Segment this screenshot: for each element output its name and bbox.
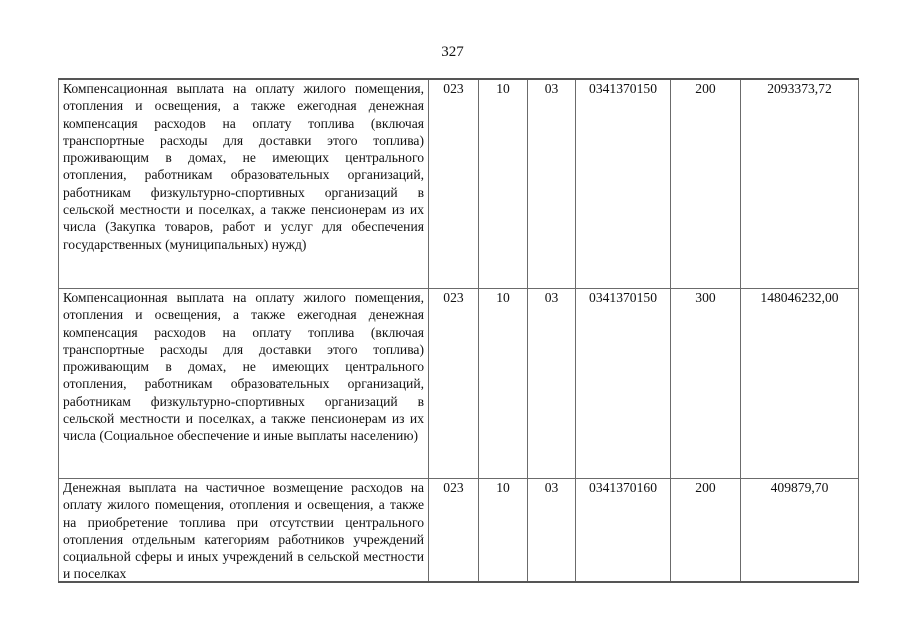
target-article-code: 0341370160 (576, 479, 671, 583)
section-code: 10 (479, 79, 528, 289)
table-row: Компенсационная выплата на оплату жилого… (59, 79, 859, 289)
section-code: 10 (479, 479, 528, 583)
target-article-code: 0341370150 (576, 79, 671, 289)
section-code: 10 (479, 289, 528, 479)
amount: 2093373,72 (741, 79, 859, 289)
expense-type-code: 200 (671, 79, 741, 289)
subsection-code: 03 (528, 79, 576, 289)
ministry-code: 023 (429, 79, 479, 289)
row-description-cell: Денежная выплата на частичное возмещение… (59, 479, 429, 583)
ministry-code: 023 (429, 289, 479, 479)
amount: 148046232,00 (741, 289, 859, 479)
table-row: Компенсационная выплата на оплату жилого… (59, 289, 859, 479)
page-number: 327 (0, 43, 905, 61)
subsection-code: 03 (528, 479, 576, 583)
target-article-code: 0341370150 (576, 289, 671, 479)
amount: 409879,70 (741, 479, 859, 583)
expense-type-code: 300 (671, 289, 741, 479)
row-description: Компенсационная выплата на оплату жилого… (59, 289, 429, 479)
ministry-code: 023 (429, 479, 479, 583)
row-description: Компенсационная выплата на оплату жилого… (59, 79, 429, 289)
table-row: Денежная выплата на частичное возмещение… (59, 479, 859, 583)
expense-type-code: 200 (671, 479, 741, 583)
budget-table: Компенсационная выплата на оплату жилого… (58, 78, 859, 583)
row-description: Денежная выплата на частичное возмещение… (63, 479, 424, 581)
subsection-code: 03 (528, 289, 576, 479)
